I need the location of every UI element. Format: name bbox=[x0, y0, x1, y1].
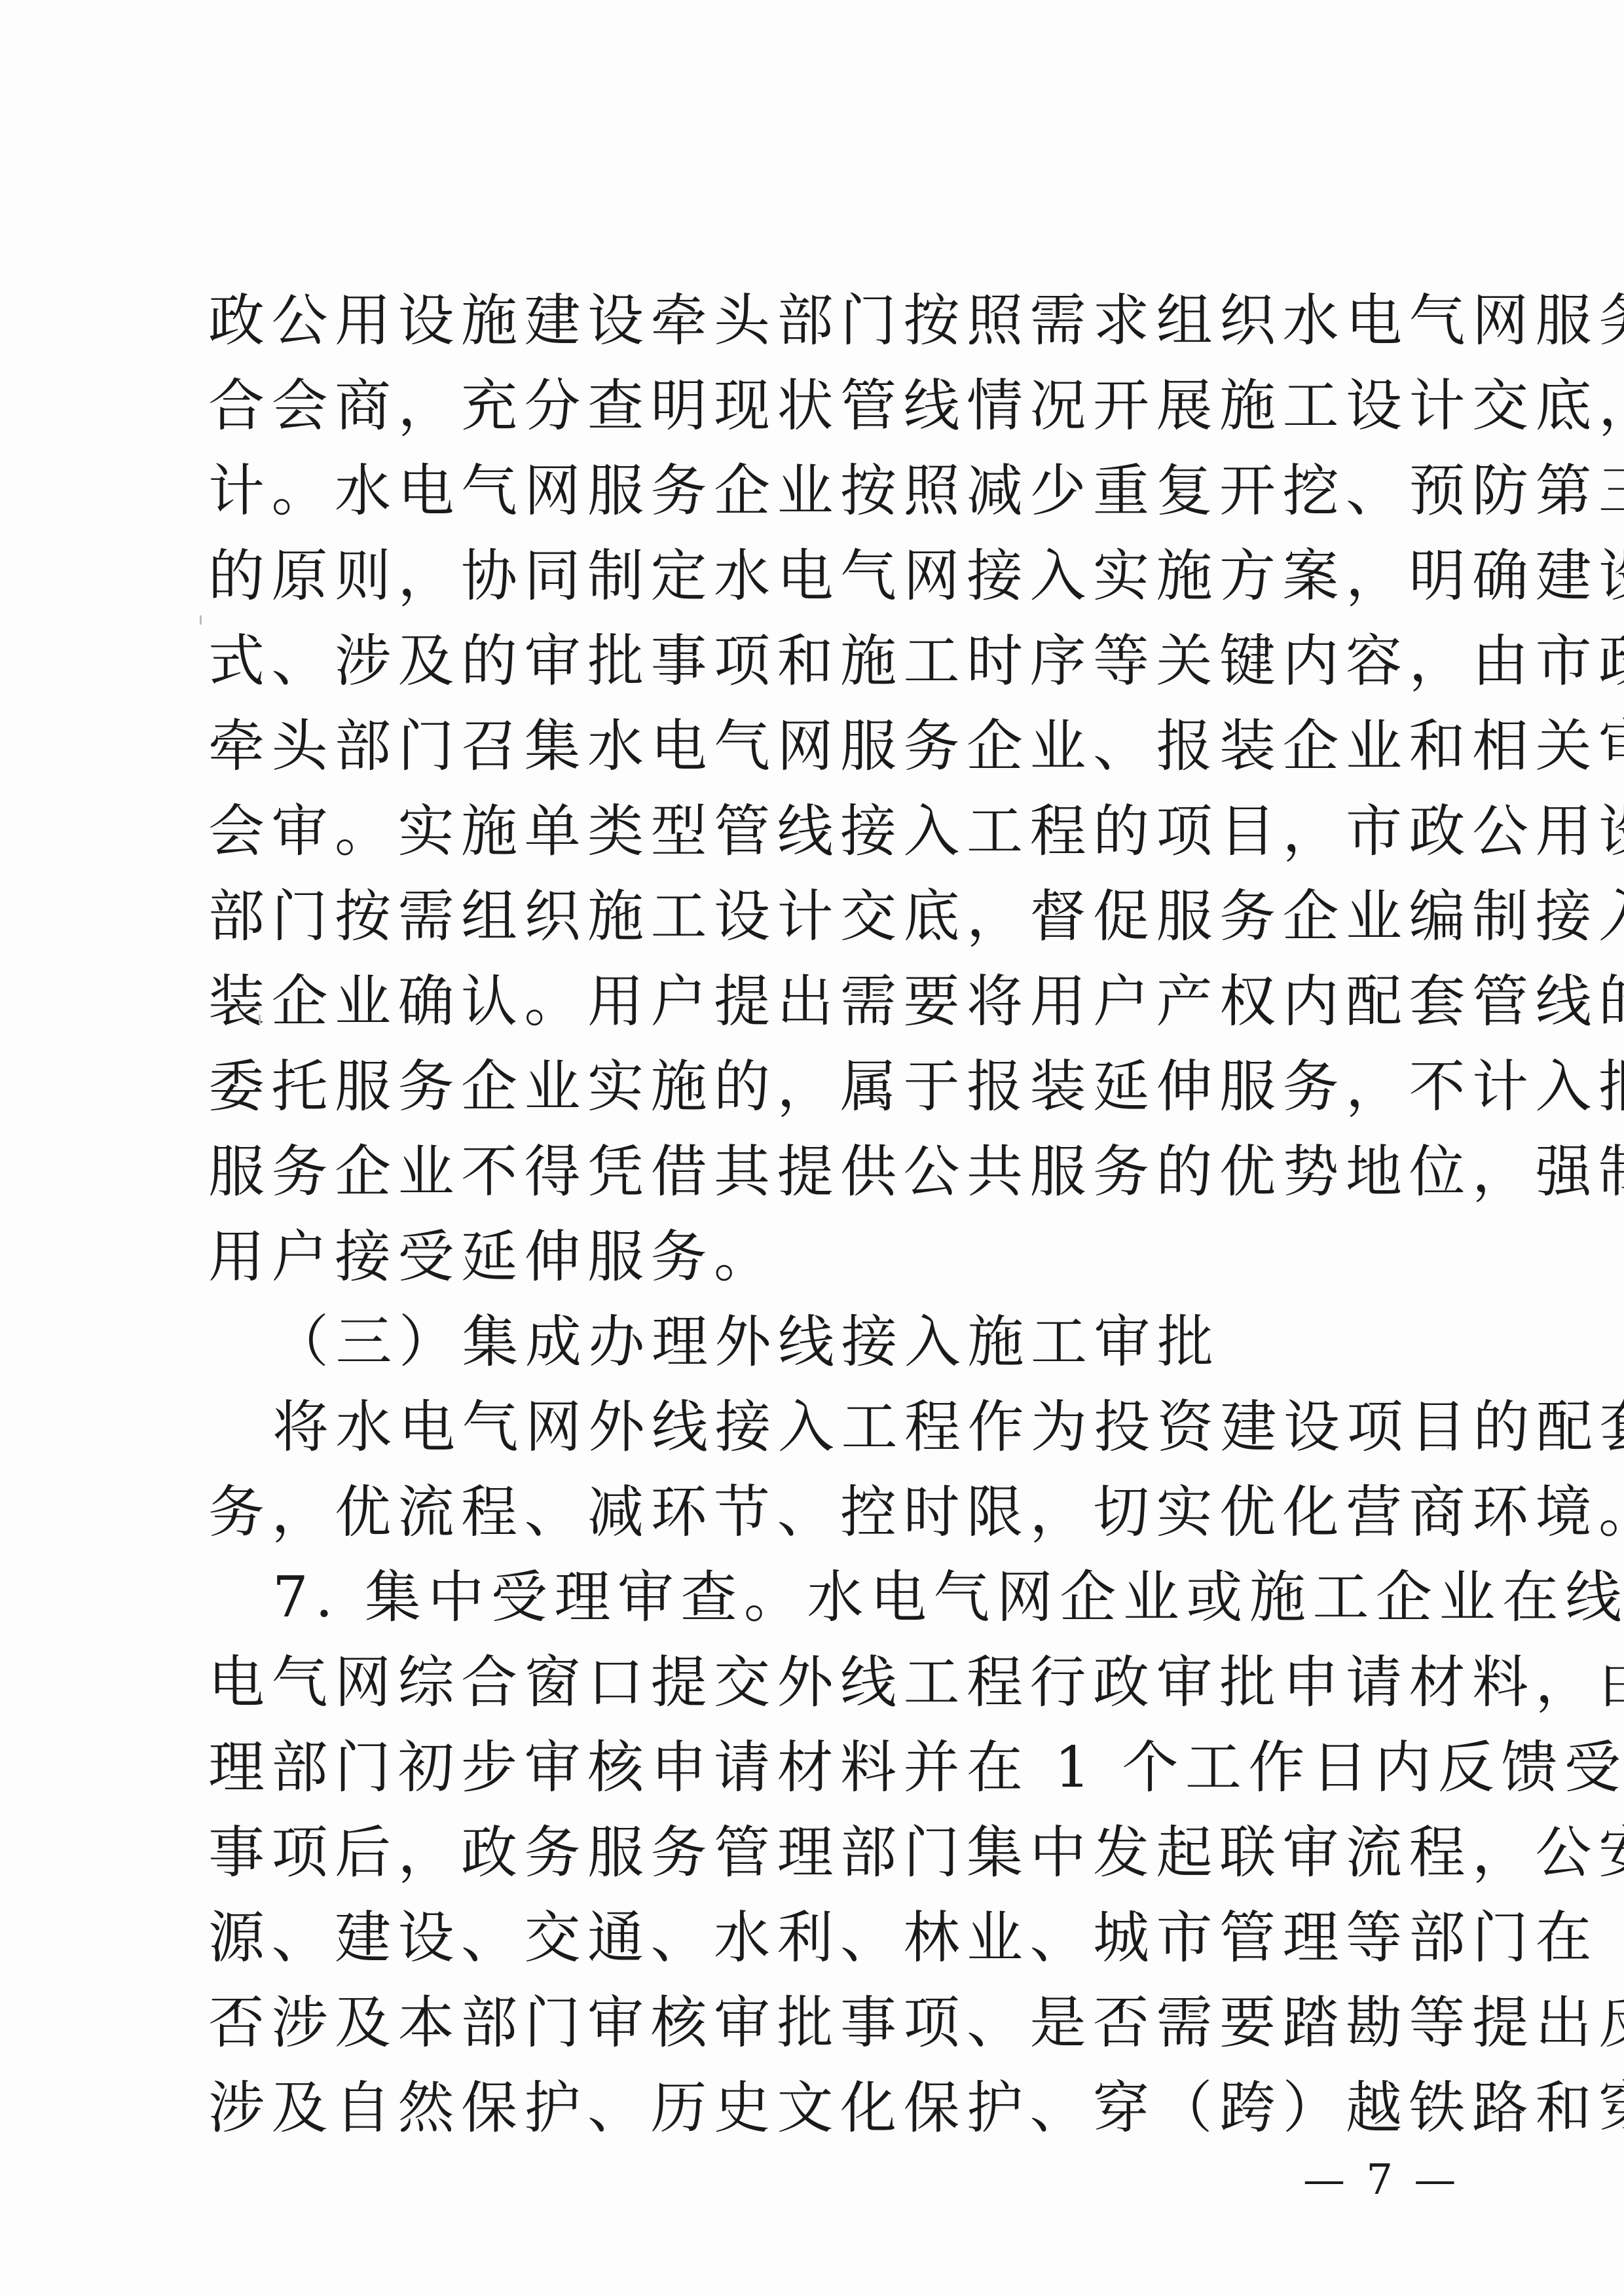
paragraph-line: 式、涉及的审批事项和施工时序等关键内容，由市政公用设施建设 bbox=[208, 625, 1413, 697]
page-number: — 7 — bbox=[1303, 2154, 1460, 2206]
scan-speck bbox=[259, 1015, 261, 1024]
scan-speck bbox=[1447, 1447, 1449, 1449]
paragraph-line: 电气网综合窗口提交外线工程行政审批申请材料，由政务服务管 bbox=[208, 1647, 1413, 1719]
paragraph-line: 将水电气网外线接入工程作为投资建设项目的配套政务服 bbox=[272, 1391, 1413, 1463]
paragraph-line: 委托服务企业实施的，属于报装延伸服务，不计入报装环节、时间。 bbox=[208, 1051, 1413, 1123]
paragraph-line: 否涉及本部门审核审批事项、是否需要踏勘等提出反馈意见。除 bbox=[208, 1987, 1413, 2059]
paragraph-line: 会审。实施单类型管线接入工程的项目，市政公用设施建设牵头 bbox=[208, 795, 1413, 867]
paragraph-line: 政公用设施建设牵头部门按照需求组织水电气网服务企业开展联 bbox=[208, 285, 1413, 357]
document-page: 政公用设施建设牵头部门按照需求组织水电气网服务企业开展联 合会商，充分查明现状管… bbox=[0, 0, 1624, 2296]
paragraph-line: 事项后，政务服务管理部门集中发起联审流程，公安交管、自然资 bbox=[208, 1817, 1413, 1889]
paragraph-line: 用户接受延伸服务。 bbox=[208, 1221, 1413, 1293]
paragraph-line: 的原则，协同制定水电气网接入实施方案，明确建设路径、敷设方 bbox=[208, 540, 1413, 612]
paragraph-line: 务，优流程、减环节、控时限，切实优化营商环境。 bbox=[208, 1476, 1413, 1548]
paragraph-line: 装企业确认。用户提出需要将用户产权内配套管线的设计和施工 bbox=[208, 966, 1413, 1038]
numbered-item-line: 7. 集中受理审查。水电气网企业或施工企业在线上线下水 bbox=[272, 1561, 1413, 1633]
paragraph-line: 涉及自然保护、历史文化保护、穿（跨）越铁路和穿（跨）越、占用公 bbox=[208, 2072, 1413, 2144]
paragraph-line: 源、建设、交通、水利、林业、城市管理等部门在 2 个工作日内就是 bbox=[208, 1902, 1413, 1974]
section-heading: （三）集成办理外线接入施工审批 bbox=[272, 1306, 1413, 1378]
paragraph-line: 牵头部门召集水电气网服务企业、报装企业和相关审批部门联合 bbox=[208, 710, 1413, 782]
paragraph-line: 计。水电气网服务企业按照减少重复开挖、预防第三方施工破坏 bbox=[208, 455, 1413, 527]
paragraph-line: 理部门初步审核申请材料并在 1 个工作日内反馈受理意见。受理 bbox=[208, 1732, 1413, 1804]
paragraph-line: 合会商，充分查明现状管线情况开展施工设计交底，做好勘察设 bbox=[208, 370, 1413, 442]
paragraph-line: 部门按需组织施工设计交底，督促服务企业编制接入方案并经报 bbox=[208, 881, 1413, 953]
paragraph-line: 服务企业不得凭借其提供公共服务的优势地位，强制或变相强制 bbox=[208, 1136, 1413, 1208]
scan-speck bbox=[200, 615, 202, 625]
